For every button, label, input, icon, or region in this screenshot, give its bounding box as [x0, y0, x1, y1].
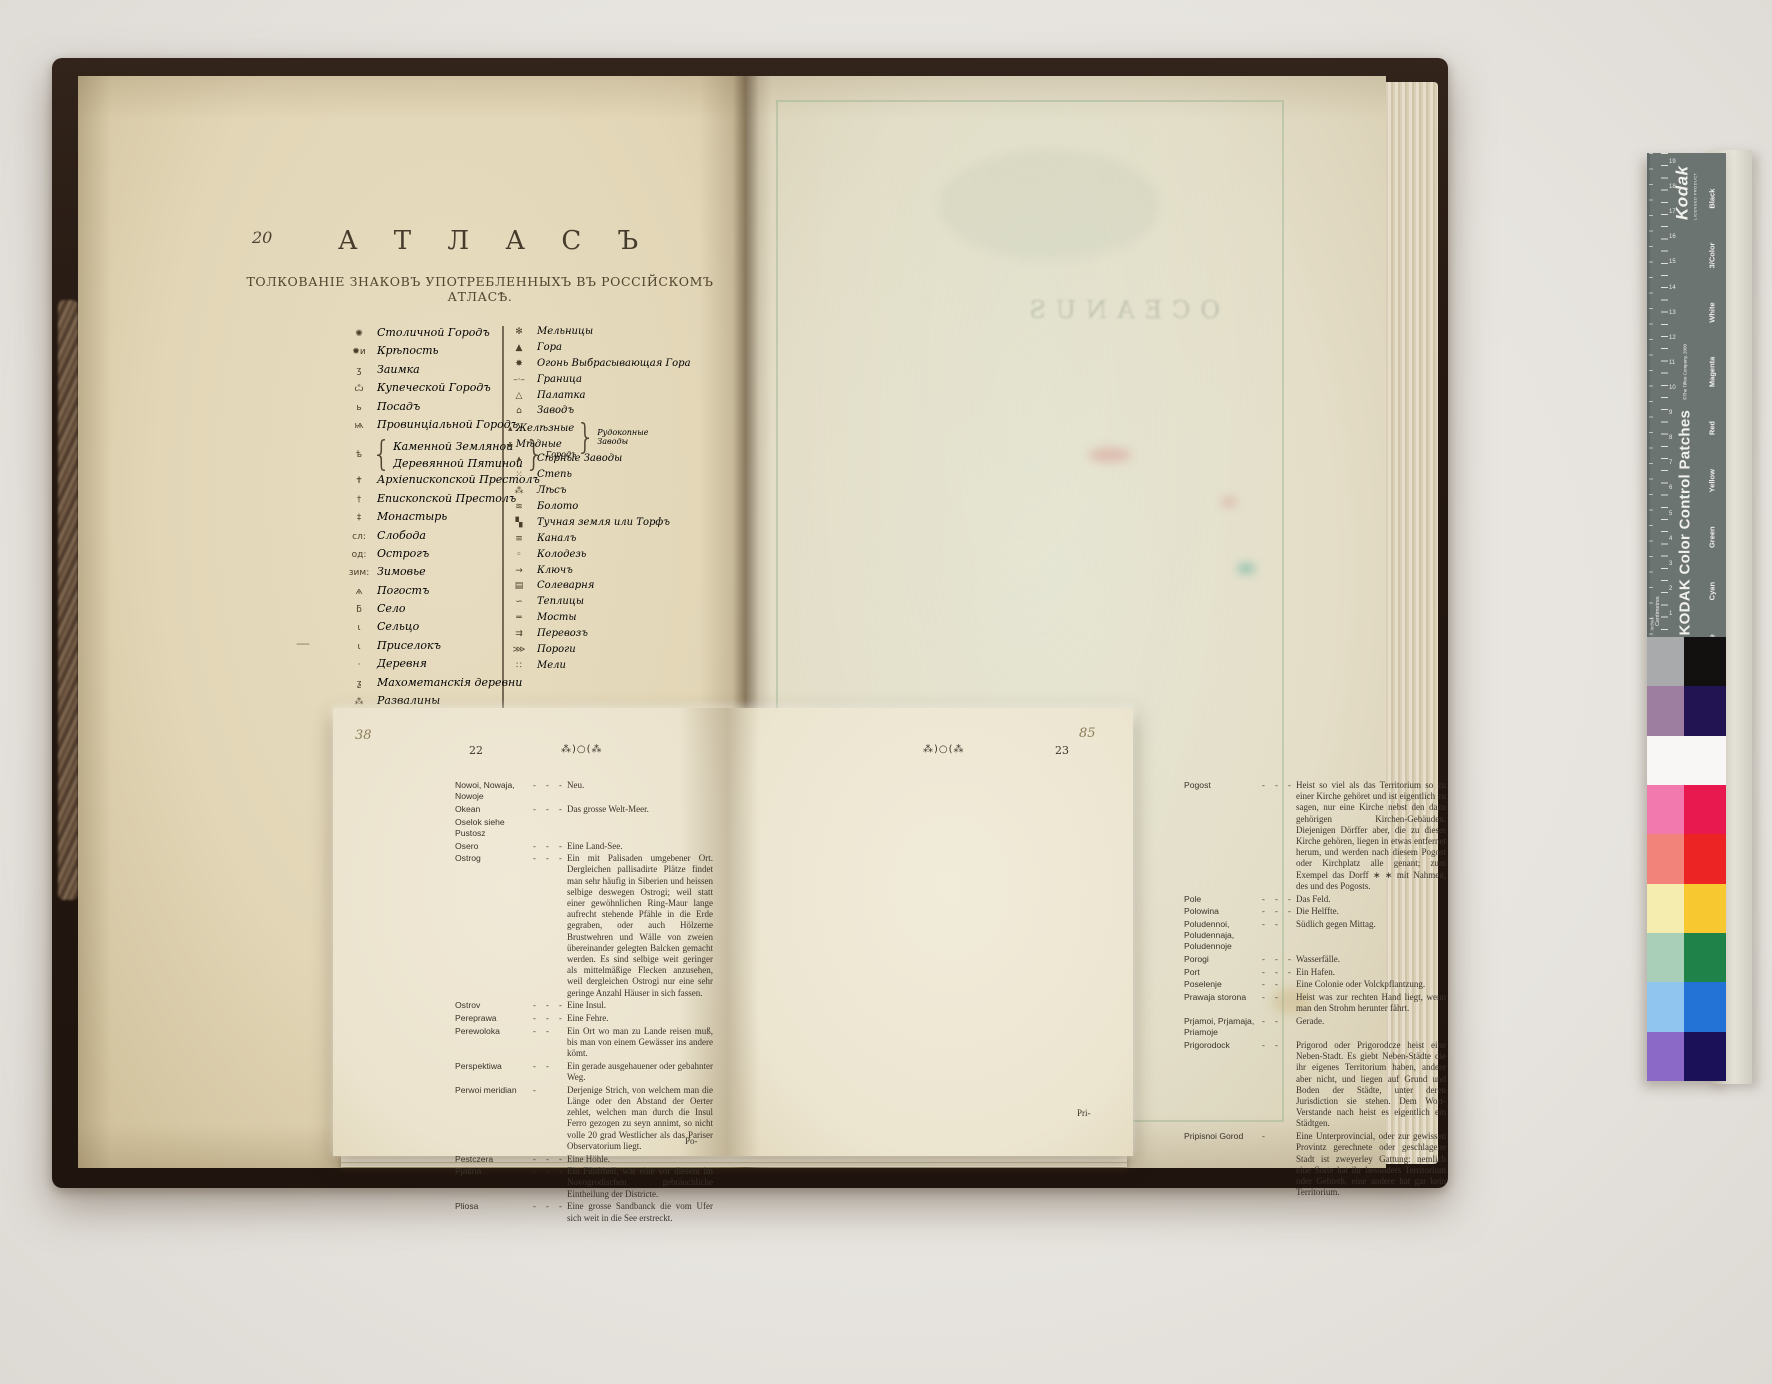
- glossary-booklet: 22 ⁂)○(⁂ 38 Nowoi, Nowaja, Nowoje - - - …: [333, 708, 1133, 1156]
- color-patch: [1647, 933, 1684, 982]
- legend-symbol-icon: ✸: [508, 359, 530, 369]
- glossary-dashes: - - -: [533, 841, 567, 852]
- legend-label: Мосты: [537, 612, 577, 623]
- legend-symbol-icon: ƺ: [348, 679, 370, 689]
- legend-item: ⌂ Заводъ: [508, 405, 718, 421]
- color-patch-grid: [1647, 637, 1726, 1081]
- legend-left-bottom: ✝ Архіепископской Престолъ † Епископской…: [348, 473, 498, 730]
- legend-symbol-icon: зим:: [348, 568, 370, 578]
- glossary-entry: Perewoloka - - Ein Ort wo man zu Lande r…: [455, 1026, 713, 1060]
- legend-label: Развалины: [377, 694, 440, 707]
- legend-symbol-icon: ⁂: [348, 697, 370, 707]
- legend-label: Лѣсъ: [537, 485, 566, 496]
- legend-label: Погостъ: [377, 584, 429, 597]
- legend-symbol-icon: †: [348, 495, 370, 505]
- glossary-dashes: - - -: [1262, 967, 1296, 978]
- glossary-definition: Eine Unterprovincial, oder zur gewissen …: [1296, 1131, 1446, 1198]
- color-patch: [1647, 884, 1684, 933]
- legend-bracket-town-types: ѣ { Каменной Земляной Деревянной Пятиной…: [348, 436, 498, 473]
- legend-label: Заводъ: [537, 405, 574, 416]
- legend-label: Мельницы: [537, 326, 593, 337]
- legend-right-column: ✻ Мельницы ▲ Гора ✸ Огонь Выбрасывающая …: [508, 326, 718, 676]
- legend-item: ✸ Огонь Выбрасывающая Гора: [508, 358, 718, 374]
- glossary-dashes: -: [533, 1085, 567, 1096]
- legend-label: Острогъ: [377, 547, 429, 560]
- legend-label: ▴ Мѣдные: [508, 437, 574, 453]
- glossary-term: Perewoloka: [455, 1026, 533, 1037]
- legend-label: Сельцо: [377, 620, 419, 633]
- patch-color-label: White: [1708, 302, 1717, 322]
- color-patch: [1684, 785, 1726, 834]
- glossary-entry: Oselok siehe Pustosz: [455, 817, 713, 839]
- margin-pencil-dash: —: [296, 636, 310, 652]
- kodak-logo: Kodak: [1673, 166, 1693, 220]
- legend-right-bottom: ▴ Сѣрные Заводы ⁙ Степь ⁂ Лѣсъ ≋ Болото: [508, 453, 718, 675]
- glossary-term: Osero: [455, 841, 533, 852]
- legend-label: Деревня: [377, 657, 427, 670]
- glossary-entry: Pjatina - - - Ein Fünftheil, war eine vo…: [455, 1166, 713, 1200]
- map-red-stain: [1088, 448, 1132, 462]
- patch-color-label: Cyan: [1708, 582, 1717, 600]
- glossary-entry: Prjamoi, Prjamaja, Priamoje - - Gerade.: [1184, 1016, 1446, 1038]
- legend-item: ≋ Болото: [508, 501, 718, 517]
- legend-label: ▴ Желѣзные: [508, 421, 574, 437]
- patch-color-labels: BlueCyanGreenYellowRedMagentaWhite3/Colo…: [1708, 189, 1717, 651]
- legend-item: ═ Мосты: [508, 612, 718, 628]
- legend-label: Монастырь: [377, 510, 447, 523]
- legend-item: ѽ Купеческой Городъ: [348, 381, 498, 399]
- legend-label: Махометанскія деревни: [377, 676, 522, 689]
- legend-label: Граница: [537, 374, 582, 385]
- legend-symbol-icon: ·: [348, 660, 370, 670]
- glossary-entry: Osero - - - Eine Land-See.: [455, 841, 713, 852]
- legend-item: од: Острогъ: [348, 547, 498, 565]
- legend-item: ▲ Гора: [508, 342, 718, 358]
- legend-label: Колодезь: [537, 549, 586, 560]
- glossary-entries-22: Nowoi, Nowaja, Nowoje - - - Neu. Okean -…: [455, 780, 713, 1225]
- glossary-definition: Eine Insul.: [567, 1000, 713, 1011]
- kodak-ruler-section: 19181716151413121110987654321 KODAK Colo…: [1647, 153, 1726, 637]
- color-patch-row: [1647, 933, 1726, 982]
- glossary-entry: Porogi - - - Wasserfälle.: [1184, 954, 1446, 965]
- color-patch-row: [1647, 884, 1726, 933]
- centimetre-ticks: [1661, 153, 1668, 637]
- color-patch: [1647, 736, 1726, 785]
- glossary-term: Pereprawa: [455, 1013, 533, 1024]
- glossary-dashes: - - -: [1262, 906, 1296, 917]
- legend-label: Каналъ: [537, 533, 576, 544]
- glossary-entry: Prigorodock - - Prigorod oder Prigorodcz…: [1184, 1040, 1446, 1130]
- legend-label: Солеварня: [537, 580, 594, 591]
- glossary-entry: Perwoi meridian - Derjenige Strich, von …: [455, 1085, 713, 1152]
- legend-label: Зимовье: [377, 565, 426, 578]
- glossary-dashes: - - -: [1262, 894, 1296, 905]
- patch-color-label: Magenta: [1708, 357, 1717, 387]
- glossary-dashes: - - -: [533, 1201, 567, 1212]
- legend-symbol-icon: ѣ: [348, 450, 370, 460]
- glossary-definition: Ein Hafen.: [1296, 967, 1446, 978]
- glossary-dashes: - -: [1262, 979, 1296, 990]
- glossary-term: Port: [1184, 967, 1262, 978]
- legend-symbol-icon: ⌂: [508, 406, 530, 416]
- legend-item: ▤ Солеварня: [508, 580, 718, 596]
- glossary-definition: Die Helffte.: [1296, 906, 1446, 917]
- glossary-entry: Port - - - Ein Hafen.: [1184, 967, 1446, 978]
- color-patch: [1647, 637, 1684, 686]
- legend-symbol-icon: →: [508, 566, 530, 576]
- header-ornament: ⁂)○(⁂: [923, 744, 965, 755]
- patch-color-label: 3/Color: [1708, 243, 1717, 269]
- legend-label: Тучная земля или Торфъ: [537, 517, 670, 528]
- legend-item: △ Палатка: [508, 390, 718, 406]
- legend-item: –·– Граница: [508, 374, 718, 390]
- color-patch: [1647, 982, 1684, 1031]
- glossary-entry: Pole - - - Das Feld.: [1184, 894, 1446, 905]
- legend-bracket-mine-works: ▴ Желѣзные ▴ Мѣдные } Рудокопные Заводы: [508, 421, 718, 453]
- glossary-term: Pripisnoi Gorod: [1184, 1131, 1262, 1142]
- legend-symbol-icon: ▴: [508, 440, 513, 450]
- glossary-dashes: - -: [1262, 1040, 1296, 1051]
- glossary-term: Okean: [455, 804, 533, 815]
- glossary-term: Ostrog: [455, 853, 533, 864]
- color-patch: [1647, 834, 1684, 883]
- legend-symbol-icon: ⇉: [508, 629, 530, 639]
- glossary-definition: Das Feld.: [1296, 894, 1446, 905]
- legend-item: ⋙ Пороги: [508, 644, 718, 660]
- legend-item: ɩ Сельцо: [348, 620, 498, 638]
- legend-label: Палатка: [537, 390, 585, 401]
- legend-label: Пороги: [537, 644, 576, 655]
- legend-symbol-icon: ▚: [508, 518, 530, 528]
- color-patch: [1684, 884, 1726, 933]
- glossary-dashes: - -: [1262, 992, 1296, 1003]
- kodak-brand-block: Kodak LICENSED PRODUCT: [1673, 166, 1698, 220]
- legend-symbol-icon: ▤: [508, 581, 530, 591]
- color-patch: [1684, 933, 1726, 982]
- legend-label: Епископской Престолъ: [377, 492, 516, 505]
- color-patch-row: [1647, 982, 1726, 1031]
- legend-symbol-icon: ▲: [508, 343, 530, 353]
- centimetres-label: Centimetres: [1655, 566, 1661, 626]
- legend-symbol-icon: ʒ: [348, 366, 370, 376]
- color-patch-row: [1647, 637, 1726, 686]
- handwritten-folio-mark: 85: [1079, 726, 1096, 741]
- legend-label: Степь: [537, 469, 572, 480]
- color-patch: [1684, 686, 1726, 735]
- legend-label: Купеческой Городъ: [377, 381, 491, 394]
- glossary-dashes: - - -: [1262, 780, 1296, 791]
- color-patch-row: [1647, 736, 1726, 785]
- legend-item: ѩ Провинціальной Городъ: [348, 418, 498, 436]
- legend-item: ✝ Архіепископской Престолъ: [348, 473, 498, 491]
- handwritten-folio-mark: 38: [355, 728, 372, 743]
- legend-item: ▚ Тучная земля или Торфъ: [508, 517, 718, 533]
- glossary-dashes: - - -: [533, 853, 567, 864]
- legend-column-divider: [502, 326, 504, 726]
- glossary-definition: Eine Colonie oder Volckpflantzung.: [1296, 979, 1446, 990]
- legend-right-top: ✻ Мельницы ▲ Гора ✸ Огонь Выбрасывающая …: [508, 326, 718, 421]
- legend-item: · Деревня: [348, 657, 498, 675]
- color-patch: [1647, 686, 1684, 735]
- map-teal-mark: [1238, 565, 1254, 572]
- legend-item: ✹и Крѣпость: [348, 344, 498, 362]
- legend-label: Перевозъ: [537, 628, 588, 639]
- glossary-dashes: -: [1262, 1131, 1296, 1142]
- glossary-term: Poludennoi, Poludennaja, Poludennoje: [1184, 919, 1262, 953]
- legend-label: Каменной Земляной: [393, 438, 523, 455]
- legend-label: Приселокъ: [377, 639, 441, 652]
- map-ghost-title: OCEANUS: [860, 296, 1220, 324]
- kodak-strip-title: KODAK Color Control Patches: [1677, 410, 1694, 636]
- patch-color-label: Red: [1708, 421, 1717, 435]
- legend-left-top: ✺ Столичной Городъ ✹и Крѣпость ʒ Заимка …: [348, 326, 498, 436]
- legend-label: Гора: [537, 342, 562, 353]
- glossary-entry: Ostrov - - - Eine Insul.: [455, 1000, 713, 1011]
- glossary-term: Perwoi meridian: [455, 1085, 533, 1096]
- kodak-rotated-title-line: KODAK Color Control Patches ©The Tiffen …: [1673, 166, 1698, 636]
- page-number-22: 22: [469, 744, 483, 757]
- marbled-endpaper-edge: [58, 300, 78, 900]
- legend-label: Заимка: [377, 363, 420, 376]
- legend-label-text: Мѣдные: [516, 439, 562, 450]
- legend-symbol-icon: ⁙: [508, 470, 530, 480]
- legend-label: Ключъ: [537, 565, 573, 576]
- color-patch-row: [1647, 785, 1726, 834]
- inches-label: Inches: [1650, 591, 1655, 631]
- legend-label: Слобода: [377, 529, 426, 542]
- catchword: Po-: [685, 1136, 698, 1146]
- legend-label: Столичной Городъ: [377, 326, 490, 339]
- glossary-term: Prigorodock: [1184, 1040, 1262, 1051]
- glossary-definition: Das grosse Welt-Meer.: [567, 804, 713, 815]
- legend-symbol-icon: –·–: [508, 375, 530, 385]
- legend-item: ▴ Сѣрные Заводы: [508, 453, 718, 469]
- glossary-page-22: 22 ⁂)○(⁂ 38 Nowoi, Nowaja, Nowoje - - - …: [333, 708, 727, 1156]
- legend-label: Мели: [537, 660, 566, 671]
- glossary-definition: Südlich gegen Mittag.: [1296, 919, 1446, 930]
- legend-symbol-icon: ɩ: [348, 623, 370, 633]
- glossary-dashes: - - -: [533, 780, 567, 791]
- patch-color-label: Black: [1708, 189, 1717, 209]
- color-patch-row: [1647, 686, 1726, 735]
- legend-left-column: ✺ Столичной Городъ ✹и Крѣпость ʒ Заимка …: [348, 326, 498, 731]
- color-patch: [1684, 982, 1726, 1031]
- legend-label: Село: [377, 602, 406, 615]
- legend-label: Болото: [537, 501, 578, 512]
- atlas-subtitle: ТОЛКОВАНІЕ ЗНАКОВЪ УПОТРЕБЛЕННЫХЪ ВЪ РОС…: [240, 274, 720, 304]
- map-red-dot: [1222, 498, 1236, 506]
- glossary-term: Prjamoi, Prjamaja, Priamoje: [1184, 1016, 1262, 1038]
- glossary-dashes: - - -: [533, 1013, 567, 1024]
- glossary-term: Prawaja storona: [1184, 992, 1262, 1003]
- legend-symbol-icon: ѽ: [348, 384, 370, 394]
- legend-symbol-icon: од:: [348, 550, 370, 560]
- legend-item: ∷ Мели: [508, 660, 718, 676]
- legend-symbol-icon: ∽: [508, 597, 530, 607]
- kodak-licensed-text: LICENSED PRODUCT: [1693, 173, 1698, 220]
- glossary-term: Perspektiwa: [455, 1061, 533, 1072]
- glossary-dashes: - -: [533, 1061, 567, 1072]
- catchword: Pri-: [1077, 1108, 1091, 1118]
- legend-item: ∽ Теплицы: [508, 596, 718, 612]
- legend-symbol-icon: ═: [508, 613, 530, 623]
- color-patch: [1684, 834, 1726, 883]
- legend-item: ⇉ Перевозъ: [508, 628, 718, 644]
- glossary-entries-23: Pogost - - - Heist so viel als das Terri…: [1184, 780, 1446, 1200]
- legend-symbol-icon: △: [508, 391, 530, 401]
- glossary-page-23: ⁂)○(⁂ 23 85 Pogost - - - Heist so viel a…: [727, 708, 1133, 1156]
- color-patch: [1647, 1032, 1684, 1081]
- glossary-term: Pogost: [1184, 780, 1262, 791]
- glossary-term: Poselenje: [1184, 979, 1262, 990]
- glossary-dashes: - -: [1262, 919, 1296, 930]
- inch-ticks: [1649, 153, 1653, 637]
- glossary-term: Pestczera: [455, 1154, 533, 1165]
- glossary-entry: Nowoi, Nowaja, Nowoje - - - Neu.: [455, 780, 713, 802]
- legend-item: ✻ Мельницы: [508, 326, 718, 342]
- glossary-dashes: - - -: [533, 1154, 567, 1165]
- color-patch: [1647, 785, 1684, 834]
- patch-color-label: Green: [1708, 526, 1717, 548]
- glossary-definition: Heist so viel als das Territorium so zu …: [1296, 780, 1446, 892]
- legend-symbol-icon: ≡: [508, 534, 530, 544]
- glossary-term: Pjatina: [455, 1166, 533, 1177]
- glossary-entry: Prawaja storona - - Heist was zur rechte…: [1184, 992, 1446, 1014]
- color-patch: [1684, 637, 1726, 686]
- legend-item: ⁂ Лѣсъ: [508, 485, 718, 501]
- legend-label: Деревянной Пятиной: [393, 455, 523, 472]
- legend-item: ь Посадъ: [348, 400, 498, 418]
- glossary-dashes: - - -: [533, 1166, 567, 1177]
- glossary-definition: Eine Höhle.: [567, 1154, 713, 1165]
- brace-close: }: [576, 417, 595, 457]
- glossary-entry: Perspektiwa - - Ein gerade ausgehauener …: [455, 1061, 713, 1083]
- glossary-dashes: - - -: [533, 804, 567, 815]
- legend-item: зим: Зимовье: [348, 565, 498, 583]
- brace-open: {: [372, 435, 391, 475]
- glossary-definition: Eine grosse Sandbanck die vom Ufer sich …: [567, 1201, 713, 1223]
- glossary-definition: Eine Fehre.: [567, 1013, 713, 1024]
- glossary-term: Nowoi, Nowaja, Nowoje: [455, 780, 533, 802]
- legend-item: ◦ Колодезь: [508, 549, 718, 565]
- legend-label: Теплицы: [537, 596, 584, 607]
- legend-symbol-icon: ⁂: [508, 486, 530, 496]
- glossary-term: Oselok siehe Pustosz: [455, 817, 533, 839]
- glossary-term: Pliosa: [455, 1201, 533, 1212]
- legend-item: † Епископской Престолъ: [348, 492, 498, 510]
- glossary-definition: Heist was zur rechten Hand liegt, wenn m…: [1296, 992, 1446, 1014]
- legend-item: ƺ Махометанскія деревни: [348, 676, 498, 694]
- glossary-dashes: - - -: [1262, 954, 1296, 965]
- legend-symbol-icon: ✹и: [348, 347, 370, 357]
- legend-symbol-icon: ▴: [508, 454, 530, 464]
- legend-symbol-icon: ь: [348, 403, 370, 413]
- legend-symbol-icon: ‡: [348, 513, 370, 523]
- legend-label: Посадъ: [377, 400, 420, 413]
- legend-symbol-icon: ƃ: [348, 605, 370, 615]
- legend-item: ⁙ Степь: [508, 469, 718, 485]
- legend-symbol-icon: ∷: [508, 661, 530, 671]
- glossary-definition: Eine Land-See.: [567, 841, 713, 852]
- glossary-term: Porogi: [1184, 954, 1262, 965]
- glossary-definition: Ein Fünftheil, war eine vor diesem im No…: [567, 1166, 713, 1200]
- color-patch: [1684, 1032, 1726, 1081]
- glossary-entry: Pripisnoi Gorod - Eine Unterprovincial, …: [1184, 1131, 1446, 1198]
- glossary-definition: Ein Ort wo man zu Lande reisen muß, bis …: [567, 1026, 713, 1060]
- brace-label: Рудокопные Заводы: [597, 428, 651, 446]
- map-ghost-cartouche: [940, 150, 1160, 260]
- legend-item: ‡ Монастырь: [348, 510, 498, 528]
- glossary-entry: Ostrog - - - Ein mit Palisaden umgebener…: [455, 853, 713, 999]
- legend-symbol-icon: ≋: [508, 502, 530, 512]
- legend-label-text: Желѣзные: [516, 423, 574, 434]
- glossary-term: Polowina: [1184, 906, 1262, 917]
- legend-label: Крѣпость: [377, 344, 439, 357]
- color-patch-row: [1647, 1032, 1726, 1081]
- glossary-entry: Pereprawa - - - Eine Fehre.: [455, 1013, 713, 1024]
- legend-symbol-icon: ѧ: [348, 587, 370, 597]
- glossary-term: Ostrov: [455, 1000, 533, 1011]
- legend-symbol-icon: ⋙: [508, 645, 530, 655]
- legend-item: ƃ Село: [348, 602, 498, 620]
- glossary-dashes: - - -: [533, 1000, 567, 1011]
- kodak-color-control-strip: 19181716151413121110987654321 KODAK Colo…: [1647, 153, 1726, 1081]
- kodak-copyright: ©The Tiffen Company, 2000: [1683, 344, 1688, 400]
- legend-item: ѧ Погостъ: [348, 584, 498, 602]
- glossary-definition: Neu.: [567, 780, 713, 791]
- glossary-entry: Pestczera - - - Eine Höhle.: [455, 1154, 713, 1165]
- glossary-definition: Ein mit Palisaden umgebener Ort. Derglei…: [567, 853, 713, 999]
- legend-symbol-icon: ✺: [348, 329, 370, 339]
- page-number-23: 23: [1055, 744, 1069, 757]
- atlas-title: А Т Л А С Ъ: [300, 226, 690, 256]
- glossary-dashes: - -: [1262, 1016, 1296, 1027]
- photo-of-open-atlas-book: OCEANUS 20 А Т Л А С Ъ ТОЛКОВАНІЕ ЗНАКОВ…: [0, 0, 1772, 1384]
- glossary-definition: Ein gerade ausgehauener oder gebahnter W…: [567, 1061, 713, 1083]
- color-patch-row: [1647, 834, 1726, 883]
- legend-item: ʒ Заимка: [348, 363, 498, 381]
- legend-label: Провинціальной Городъ: [377, 418, 518, 431]
- glossary-entry: Okean - - - Das grosse Welt-Meer.: [455, 804, 713, 815]
- glossary-entry: Pliosa - - - Eine grosse Sandbanck die v…: [455, 1201, 713, 1223]
- legend-symbol-icon: ✝: [348, 476, 370, 486]
- legend-symbol-icon: ✻: [508, 327, 530, 337]
- legend-item: ι Приселокъ: [348, 639, 498, 657]
- legend-item: сл: Слобода: [348, 529, 498, 547]
- legend-symbol-icon: ѩ: [348, 421, 370, 431]
- atlas-folio-number: 20: [252, 228, 272, 247]
- cm-number: 19: [1669, 159, 1676, 165]
- glossary-dashes: - -: [533, 1026, 567, 1037]
- glossary-entry: Pogost - - - Heist so viel als das Terri…: [1184, 780, 1446, 892]
- patch-color-label: Yellow: [1708, 469, 1717, 492]
- glossary-entry: Poludennoi, Poludennaja, Poludennoje - -…: [1184, 919, 1446, 953]
- glossary-term: Pole: [1184, 894, 1262, 905]
- glossary-entry: Polowina - - - Die Helffte.: [1184, 906, 1446, 917]
- legend-item: → Ключъ: [508, 565, 718, 581]
- glossary-definition: Wasserfälle.: [1296, 954, 1446, 965]
- glossary-definition: Prigorod oder Prigorodcze heist eine Neb…: [1296, 1040, 1446, 1130]
- legend-symbol-icon: ▴: [508, 424, 513, 434]
- legend-symbol-icon: ι: [348, 642, 370, 652]
- header-ornament: ⁂)○(⁂: [561, 744, 603, 755]
- glossary-definition: Gerade.: [1296, 1016, 1446, 1027]
- legend-symbol-icon: ◦: [508, 550, 530, 560]
- legend-symbol-icon: сл:: [348, 532, 370, 542]
- legend-item: ≡ Каналъ: [508, 533, 718, 549]
- legend-label: Огонь Выбрасывающая Гора: [537, 358, 691, 369]
- legend-item: ✺ Столичной Городъ: [348, 326, 498, 344]
